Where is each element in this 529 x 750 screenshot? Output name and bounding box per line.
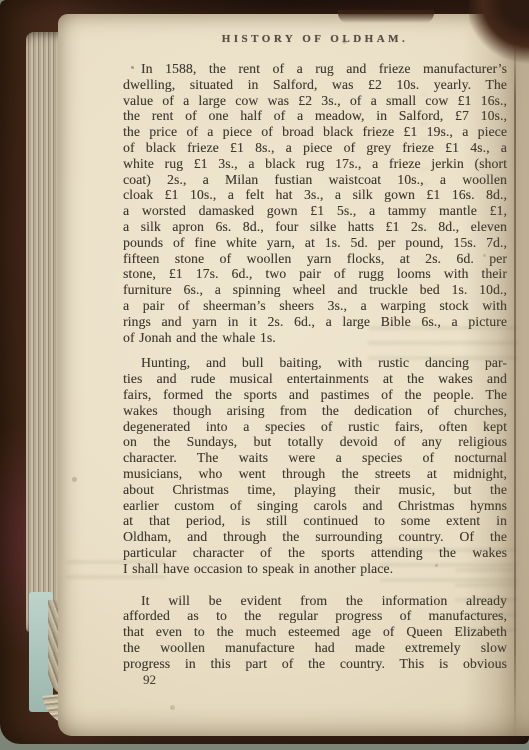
page-number: 92 [143, 672, 507, 688]
text-line: fairs, formed the sports and pastimes of… [123, 387, 507, 403]
text-line: It will be evident from the information … [123, 593, 507, 609]
running-header: HISTORY OF OLDHAM. [123, 33, 507, 45]
text-line: a silk apron 6s. 8d., four silke hatts £… [123, 219, 507, 235]
gutter-shadow [462, 14, 529, 736]
cover-top-edge-bump [338, 10, 434, 23]
paragraph: Hunting, and bull baiting, with rustic d… [123, 355, 507, 576]
text-line: at that period, is still continued to so… [123, 513, 507, 529]
text-line: about Christmas time, playing their musi… [123, 482, 507, 498]
text-line: stone, £1 17s. 6d., two pair of rugg loo… [123, 266, 507, 282]
paragraph: It will be evident from the information … [123, 593, 507, 672]
text-line: I shall have occasion to speak in anothe… [123, 561, 507, 577]
text-line: fifteen stone of woollen yarn flocks, at… [123, 251, 507, 267]
text-line: rings and yarn in it 2s. 6d., a large Bi… [123, 314, 507, 330]
text-line: Oldham, and through the surrounding coun… [123, 529, 507, 545]
body-text: In 1588, the rent of a rug and frieze ma… [123, 61, 507, 688]
text-line: a worsted damasked gown £1 5s., a tammy … [123, 203, 507, 219]
cover-corner-top-right [469, 0, 529, 66]
text-line: furniture 6s., a spinning wheel and truc… [123, 282, 507, 298]
text-line: the woollen manufacture had made extreme… [123, 640, 507, 656]
text-line: that even to the much esteemed age of Qu… [123, 624, 507, 640]
text-line: the rent of one half of a meadow, in Sal… [123, 108, 507, 124]
text-line: wakes though arising from the dedication… [123, 403, 507, 419]
text-line: dwelling, situated in Salford, was £2 10… [123, 77, 507, 93]
text-line: value of a large cow was £2 3s., of a sm… [123, 93, 507, 109]
text-line: earlier custom of singing carols and Chr… [123, 498, 507, 514]
text-line: afforded as to the regular progress of m… [123, 608, 507, 624]
text-line: of Jonah and the whale 1s. [123, 330, 507, 346]
text-line: of black frieze £1 8s., a piece of grey … [123, 140, 507, 156]
text-line: a pair of sheerman’s sheers 3s., a warpi… [123, 298, 507, 314]
text-line: coat) 2s., a Milan fustian waistcoat 10s… [123, 172, 507, 188]
text-line: cloak £1 10s., a felt hat 3s., a silk go… [123, 187, 507, 203]
paragraph: In 1588, the rent of a rug and frieze ma… [123, 61, 507, 345]
text-line: progress in this part of the country. Th… [123, 656, 507, 672]
text-line: degenerated into a species of rustic fai… [123, 419, 507, 435]
text-line: character. The waits were a species of n… [123, 450, 507, 466]
text-line: the price of a piece of broad black frie… [123, 124, 507, 140]
text-line: particular character of the sports atten… [123, 545, 507, 561]
text-line: In 1588, the rent of a rug and frieze ma… [123, 61, 507, 77]
text-line: pounds of fine white yarn, at 1s. 5d. pe… [123, 235, 507, 251]
text-line: white rug £1 3s., a black rug 17s., a fr… [123, 156, 507, 172]
gutter-crease-line [514, 28, 516, 734]
scanned-book-photo: HISTORY OF OLDHAM. In 1588, the rent of … [0, 0, 529, 750]
text-line: Hunting, and bull baiting, with rustic d… [123, 355, 507, 371]
text-line: musicians, who went through the streets … [123, 466, 507, 482]
page-edge-stack [26, 32, 60, 632]
text-line: ties and rude musical entertainments at … [123, 371, 507, 387]
text-line: on the Sundays, but totally devoid of an… [123, 434, 507, 450]
